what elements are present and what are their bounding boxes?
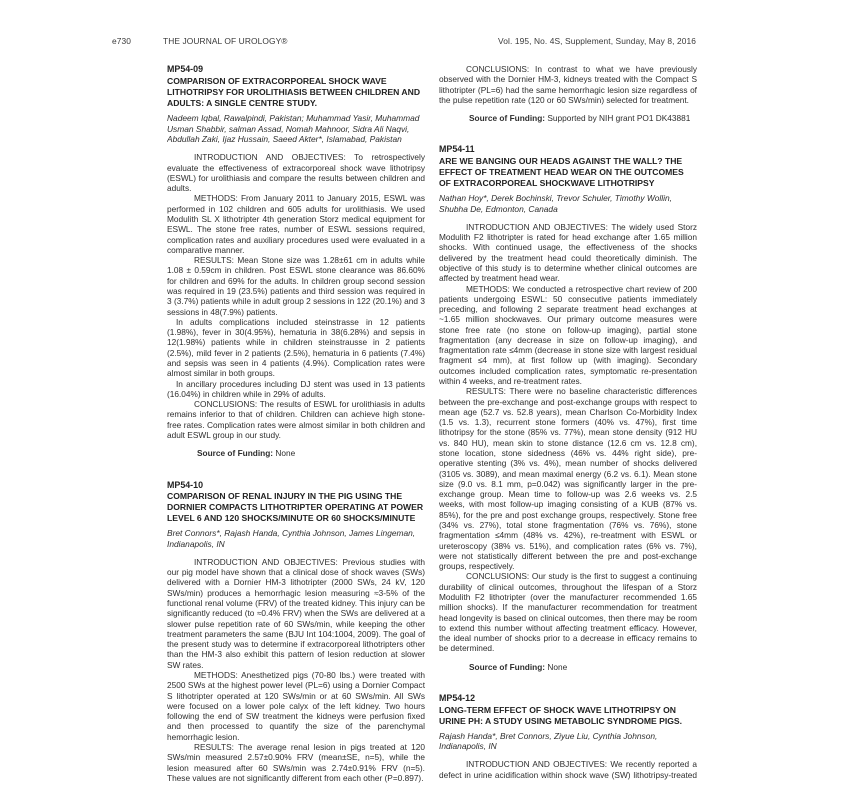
funding-line: Source of Funding: None [439,662,697,672]
journal-page: e730 THE JOURNAL OF UROLOGY® Vol. 195, N… [0,0,860,804]
running-head: e730 THE JOURNAL OF UROLOGY® Vol. 195, N… [112,36,696,46]
abstract-authors: Rajash Handa*, Bret Connors, Ziyue Liu, … [439,731,697,753]
abstract-id: MP54-09 [167,64,425,76]
funding-label: Source of Funding: [469,662,545,672]
abstract-paragraph-results: RESULTS: The average renal lesion in pig… [167,742,425,783]
abstract-paragraph-results: RESULTS: Mean Stone size was 1.28±61 cm … [167,255,425,317]
abstract-paragraph-introduction: INTRODUCTION AND OBJECTIVES: To retrospe… [167,152,425,193]
abstract-paragraph-results-continued: In ancillary procedures including DJ ste… [167,379,425,400]
abstract-paragraph-methods: METHODS: From January 2011 to January 20… [167,193,425,255]
abstract-paragraph-introduction: INTRODUCTION AND OBJECTIVES: Previous st… [167,557,425,670]
abstract-paragraph-methods: METHODS: Anesthetized pigs (70-80 lbs.) … [167,670,425,742]
abstract-paragraph-conclusions: CONCLUSIONS: The results of ESWL for uro… [167,399,425,440]
abstract-authors: Nathan Hoy*, Derek Bochinski, Trevor Sch… [439,193,697,215]
abstract-title: ARE WE BANGING OUR HEADS AGAINST THE WAL… [439,156,697,189]
funding-label: Source of Funding: [469,113,545,123]
abstract-paragraph-conclusions: CONCLUSIONS: Our study is the first to s… [439,571,697,653]
abstract-columns: MP54-09 COMPARISON OF EXTRACORPOREAL SHO… [167,64,697,788]
abstract-title: LONG-TERM EFFECT OF SHOCK WAVE LITHOTRIP… [439,705,697,727]
abstract-authors: Bret Connors*, Rajash Handa, Cynthia Joh… [167,528,425,550]
funding-value: None [275,448,295,458]
issue-info: Vol. 195, No. 4S, Supplement, Sunday, Ma… [498,36,696,46]
funding-value: None [547,662,567,672]
funding-line: Source of Funding: Supported by NIH gran… [439,113,697,123]
page-number: e730 [112,36,131,46]
abstract-paragraph-results: RESULTS: There were no baseline characte… [439,386,697,571]
abstract-paragraph-methods: METHODS: We conducted a retrospective ch… [439,284,697,387]
abstract-id: MP54-10 [167,480,425,492]
abstract-title: COMPARISON OF EXTRACORPOREAL SHOCK WAVE … [167,76,425,109]
abstract-paragraph-results-continued: In adults complications included steinst… [167,317,425,379]
abstract-authors: Nadeem Iqbal, Rawalpindi, Pakistan; Muha… [167,113,425,146]
abstract-paragraph-conclusions: CONCLUSIONS: In contrast to what we have… [439,64,697,105]
abstract-mp54-11: MP54-11 ARE WE BANGING OUR HEADS AGAINST… [439,144,697,672]
journal-title: THE JOURNAL OF UROLOGY® [163,36,288,46]
funding-value: Supported by NIH grant PO1 DK43881 [547,113,690,123]
abstract-mp54-09: MP54-09 COMPARISON OF EXTRACORPOREAL SHO… [167,64,425,459]
abstract-id: MP54-12 [439,693,697,705]
abstract-id: MP54-11 [439,144,697,156]
funding-label: Source of Funding: [197,448,273,458]
abstract-title: COMPARISON OF RENAL INJURY IN THE PIG US… [167,491,425,524]
funding-line: Source of Funding: None [167,448,425,458]
abstract-paragraph-introduction: INTRODUCTION AND OBJECTIVES: The widely … [439,222,697,284]
